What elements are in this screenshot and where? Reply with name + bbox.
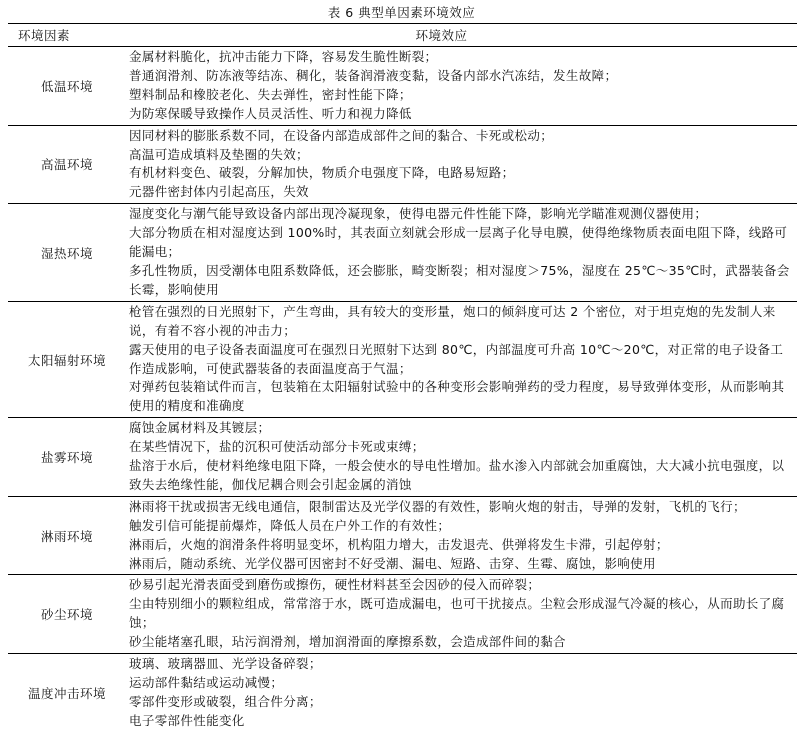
environment-effects-table: 环境因素 环境效应 低温环境 金属材料脆化，抗冲击能力下降，容易发生脆性断裂； … bbox=[8, 23, 797, 731]
effect-item: 淋雨将干扰或损害无线电通信，限制雷达及光学仪器的有效性，影响火炮的射击，导弹的发… bbox=[129, 498, 795, 517]
table-row-solar-radiation: 太阳辐射环境 枪管在强烈的日光照射下，产生弯曲，具有较大的变形量，炮口的倾斜度可… bbox=[8, 301, 797, 417]
factor-cell: 盐雾环境 bbox=[8, 418, 126, 497]
effect-item: 盐溶于水后，使材料绝缘电阻下降，一般会使水的导电性增加。盐水渗入内部就会加重腐蚀… bbox=[129, 457, 795, 495]
factor-cell: 低温环境 bbox=[8, 47, 126, 126]
table-caption: 表 6 典型单因素环境效应 bbox=[0, 4, 803, 22]
table-row-salt-fog: 盐雾环境 腐蚀金属材料及其镀层； 在某些情况下，盐的沉积可使活动部分卡死或束缚；… bbox=[8, 418, 797, 497]
table-header-row: 环境因素 环境效应 bbox=[8, 24, 797, 47]
effect-item: 金属材料脆化，抗冲击能力下降，容易发生脆性断裂； bbox=[129, 48, 795, 67]
effect-item: 腐蚀金属材料及其镀层； bbox=[129, 419, 795, 438]
effect-item: 为防寒保暖导致操作人员灵活性、听力和视力降低 bbox=[129, 105, 795, 124]
table-row-high-temperature: 高温环境 因同材料的膨胀系数不同，在设备内部造成部件之间的黏合、卡死或松动； 高… bbox=[8, 125, 797, 204]
effect-item: 尘由特别细小的颗粒组成，常常溶于水，既可造成漏电，也可干扰接点。尘粒会形成湿气冷… bbox=[129, 595, 795, 633]
effects-cell: 枪管在强烈的日光照射下，产生弯曲，具有较大的变形量，炮口的倾斜度可达 2 个密位… bbox=[126, 301, 797, 417]
effects-cell: 淋雨将干扰或损害无线电通信，限制雷达及光学仪器的有效性，影响火炮的射击，导弹的发… bbox=[126, 496, 797, 575]
effect-item: 湿度变化与潮气能导致设备内部出现冷凝现象，使得电器元件性能下降，影响光学瞄准观测… bbox=[129, 205, 795, 224]
effect-item: 普通润滑剂、防冻液等结冻、稠化，装备润滑液变黏，设备内部水汽冻结，发生故障； bbox=[129, 67, 795, 86]
effects-cell: 金属材料脆化，抗冲击能力下降，容易发生脆性断裂； 普通润滑剂、防冻液等结冻、稠化… bbox=[126, 47, 797, 126]
table-row-rain: 淋雨环境 淋雨将干扰或损害无线电通信，限制雷达及光学仪器的有效性，影响火炮的射击… bbox=[8, 496, 797, 575]
effect-item: 触发引信可能提前爆炸，降低人员在户外工作的有效性； bbox=[129, 517, 795, 536]
factor-cell: 湿热环境 bbox=[8, 204, 126, 302]
effect-item: 对弹药包装箱试件而言，包装箱在太阳辐射试验中的各种变形会影响弹药的受力程度，易导… bbox=[129, 378, 795, 416]
table-row-sand-dust: 砂尘环境 砂易引起光滑表面受到磨伤或擦伤，硬性材料甚至会因砂的侵入而碎裂； 尘由… bbox=[8, 575, 797, 654]
effects-cell: 玻璃、玻璃器皿、光学设备碎裂； 运动部件黏结或运动减慢； 零部件变形或破裂，组合… bbox=[126, 654, 797, 731]
factor-cell: 高温环境 bbox=[8, 125, 126, 204]
effect-item: 多孔性物质，因受潮体电阻系数降低，还会膨胀，畸变断裂；相对湿度＞75%，湿度在 … bbox=[129, 262, 795, 300]
effect-item: 因同材料的膨胀系数不同，在设备内部造成部件之间的黏合、卡死或松动； bbox=[129, 127, 795, 146]
header-environment-effect: 环境效应 bbox=[126, 24, 797, 47]
effect-item: 露天使用的电子设备表面温度可在强烈日光照射下达到 80℃，内部温度可升高 10℃… bbox=[129, 341, 795, 379]
factor-cell: 温度冲击环境 bbox=[8, 654, 126, 731]
factor-cell: 太阳辐射环境 bbox=[8, 301, 126, 417]
effect-item: 玻璃、玻璃器皿、光学设备碎裂； bbox=[129, 655, 795, 674]
effect-item: 运动部件黏结或运动减慢； bbox=[129, 674, 795, 693]
factor-cell: 淋雨环境 bbox=[8, 496, 126, 575]
effect-item: 塑料制品和橡胶老化、失去弹性，密封性能下降； bbox=[129, 86, 795, 105]
table-row-temperature-shock: 温度冲击环境 玻璃、玻璃器皿、光学设备碎裂； 运动部件黏结或运动减慢； 零部件变… bbox=[8, 654, 797, 731]
effect-item: 砂易引起光滑表面受到磨伤或擦伤，硬性材料甚至会因砂的侵入而碎裂； bbox=[129, 576, 795, 595]
effect-item: 淋雨后，随动系统、光学仪器可因密封不好受潮、漏电、短路、击穿、生霉、腐蚀，影响使… bbox=[129, 555, 795, 574]
effects-cell: 砂易引起光滑表面受到磨伤或擦伤，硬性材料甚至会因砂的侵入而碎裂； 尘由特别细小的… bbox=[126, 575, 797, 654]
effect-item: 元器件密封体内引起高压，失效 bbox=[129, 183, 795, 202]
effect-item: 枪管在强烈的日光照射下，产生弯曲，具有较大的变形量，炮口的倾斜度可达 2 个密位… bbox=[129, 303, 795, 341]
effect-item: 大部分物质在相对湿度达到 100%时，其表面立刻就会形成一层离子化导电膜，使得绝… bbox=[129, 224, 795, 262]
factor-cell: 砂尘环境 bbox=[8, 575, 126, 654]
effect-item: 有机材料变色、破裂，分解加快，物质介电强度下降，电路易短路； bbox=[129, 164, 795, 183]
effect-item: 零部件变形或破裂，组合件分离； bbox=[129, 693, 795, 712]
effect-item: 在某些情况下，盐的沉积可使活动部分卡死或束缚； bbox=[129, 438, 795, 457]
effects-cell: 腐蚀金属材料及其镀层； 在某些情况下，盐的沉积可使活动部分卡死或束缚； 盐溶于水… bbox=[126, 418, 797, 497]
effects-cell: 湿度变化与潮气能导致设备内部出现冷凝现象，使得电器元件性能下降，影响光学瞄准观测… bbox=[126, 204, 797, 302]
effect-item: 高温可造成填料及垫圈的失效； bbox=[129, 146, 795, 165]
header-environment-factor: 环境因素 bbox=[8, 24, 126, 47]
effect-item: 电子零部件性能变化 bbox=[129, 712, 795, 731]
effect-item: 淋雨后，火炮的润滑条件将明显变坏，机构阻力增大，击发退壳、供弹将发生卡滞，引起停… bbox=[129, 536, 795, 555]
effect-item: 砂尘能堵塞孔眼，玷污润滑剂，增加润滑面的摩擦系数，会造成部件间的黏合 bbox=[129, 633, 795, 652]
effects-cell: 因同材料的膨胀系数不同，在设备内部造成部件之间的黏合、卡死或松动； 高温可造成填… bbox=[126, 125, 797, 204]
table-row-low-temperature: 低温环境 金属材料脆化，抗冲击能力下降，容易发生脆性断裂； 普通润滑剂、防冻液等… bbox=[8, 47, 797, 126]
table-row-damp-heat: 湿热环境 湿度变化与潮气能导致设备内部出现冷凝现象，使得电器元件性能下降，影响光… bbox=[8, 204, 797, 302]
